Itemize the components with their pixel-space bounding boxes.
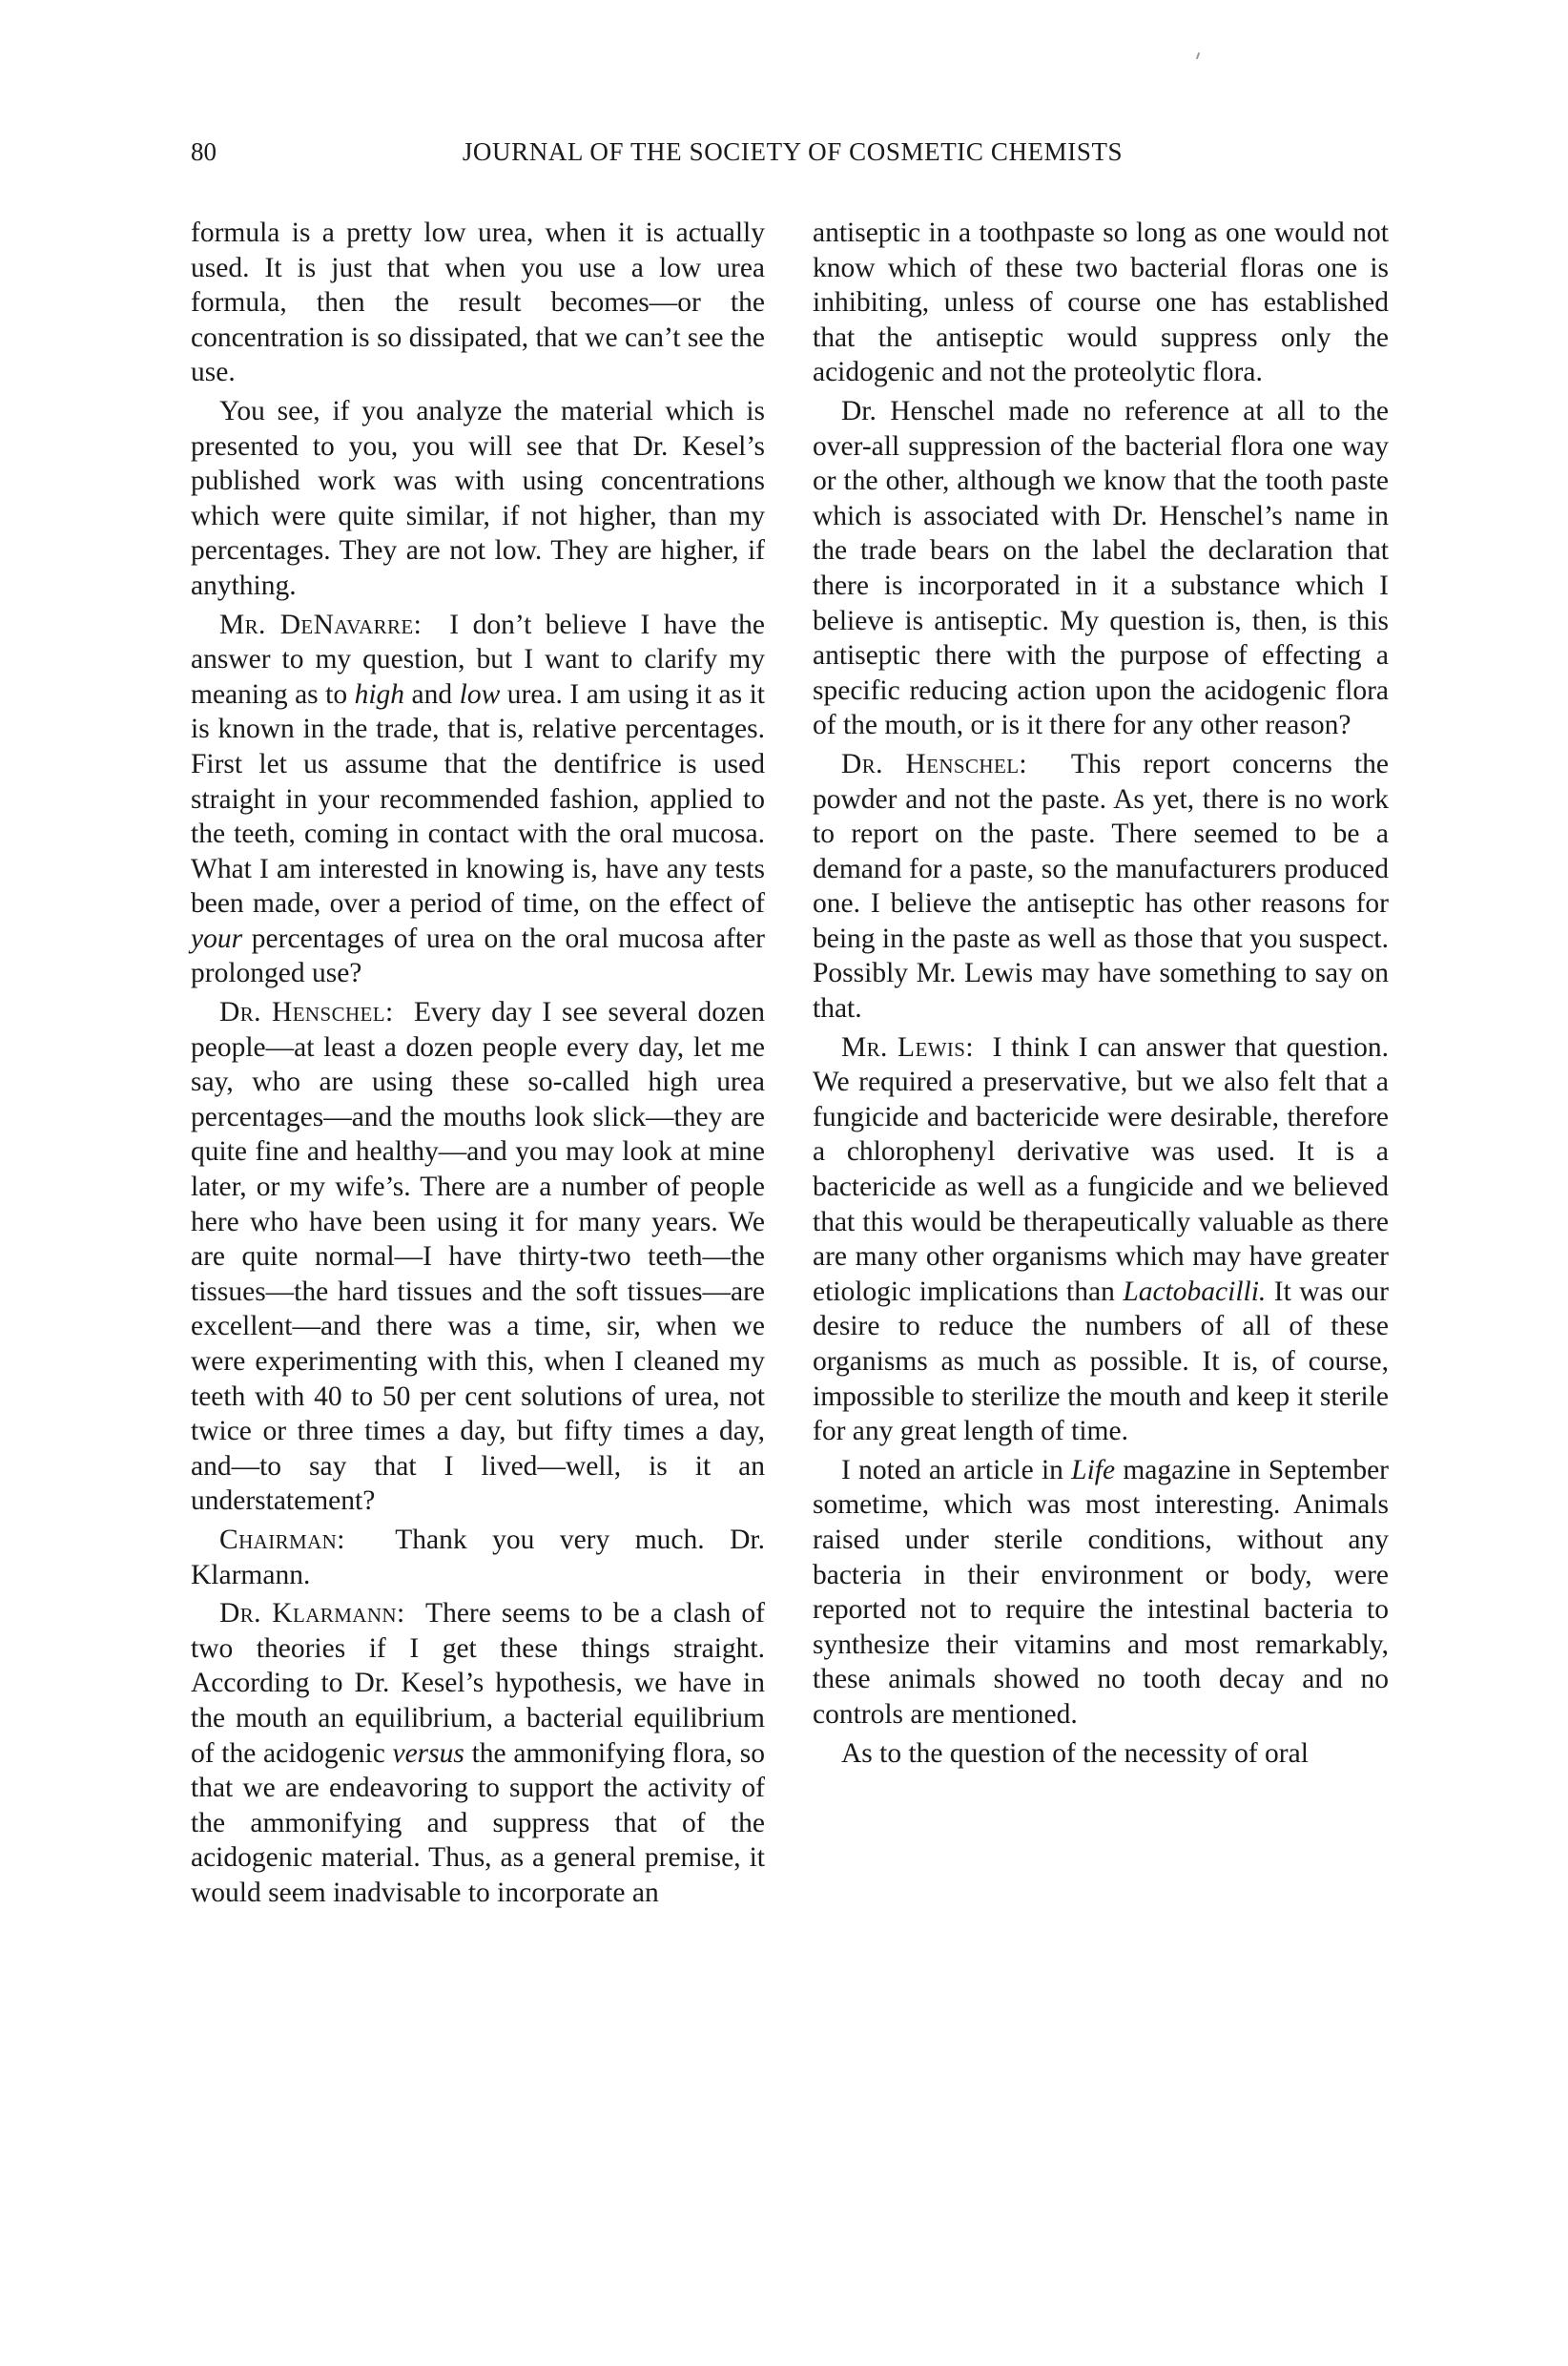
emphasis: versus [393, 1738, 464, 1769]
paragraph: antiseptic in a toothpaste so long as on… [813, 216, 1389, 390]
paragraph-text: percentages of urea on the oral mucosa a… [191, 924, 765, 989]
paragraph: formula is a pretty low urea, when it is… [191, 216, 765, 390]
paragraph: Dr. Henschel made no reference at all to… [813, 394, 1389, 743]
emphasis: Life [1071, 1455, 1115, 1485]
emphasis: low [460, 679, 501, 710]
paragraph-text: I think I can answer that question. We r… [813, 1032, 1389, 1307]
paragraph-text: and [404, 679, 460, 710]
speaker-name: Dr. Henschel: [841, 749, 1027, 779]
paragraph: Dr. Henschel: This report concerns the p… [813, 747, 1389, 1027]
emphasis: Lactobacilli. [1123, 1276, 1266, 1307]
paragraph: Mr. DeNavarre: I don’t believe I have th… [191, 608, 765, 992]
speaker-name: Mr. Lewis: [841, 1032, 974, 1063]
paragraph: Dr. Henschel: Every day I see several do… [191, 995, 765, 1519]
page-number: 80 [191, 136, 217, 167]
scan-artifact [1196, 52, 1200, 59]
running-title: JOURNAL OF THE SOCIETY OF COSMETIC CHEMI… [405, 136, 1180, 167]
paragraph: Chairman: Thank you very much. Dr. Klarm… [191, 1523, 765, 1592]
speaker-name: Chairman: [219, 1525, 345, 1555]
paragraph: Mr. Lewis: I think I can answer that que… [813, 1030, 1389, 1449]
paragraph: I noted an article in Life magazine in S… [813, 1453, 1389, 1733]
paragraph-text: This report concerns the powder and not … [813, 749, 1389, 1024]
paragraph-text: Every day I see several dozen people—at … [191, 997, 765, 1516]
paragraph: Dr. Klarmann: There seems to be a clash … [191, 1596, 765, 1910]
right-column: antiseptic in a toothpaste so long as on… [813, 216, 1389, 1774]
emphasis: your [191, 924, 242, 954]
emphasis: high [355, 679, 404, 710]
left-column: formula is a pretty low urea, when it is… [191, 216, 765, 1915]
paragraph: You see, if you analyze the material whi… [191, 394, 765, 604]
paragraph-text: I noted an article in [841, 1455, 1071, 1485]
speaker-name: Dr. Klarmann: [219, 1598, 405, 1629]
paragraph-text: magazine in September sometime, which wa… [813, 1455, 1389, 1730]
paragraph-text: urea. I am using it as it is known in th… [191, 679, 765, 920]
paragraph: As to the question of the necessity of o… [813, 1736, 1389, 1772]
speaker-name: Mr. DeNavarre: [219, 610, 422, 640]
speaker-name: Dr. Henschel: [219, 997, 394, 1027]
